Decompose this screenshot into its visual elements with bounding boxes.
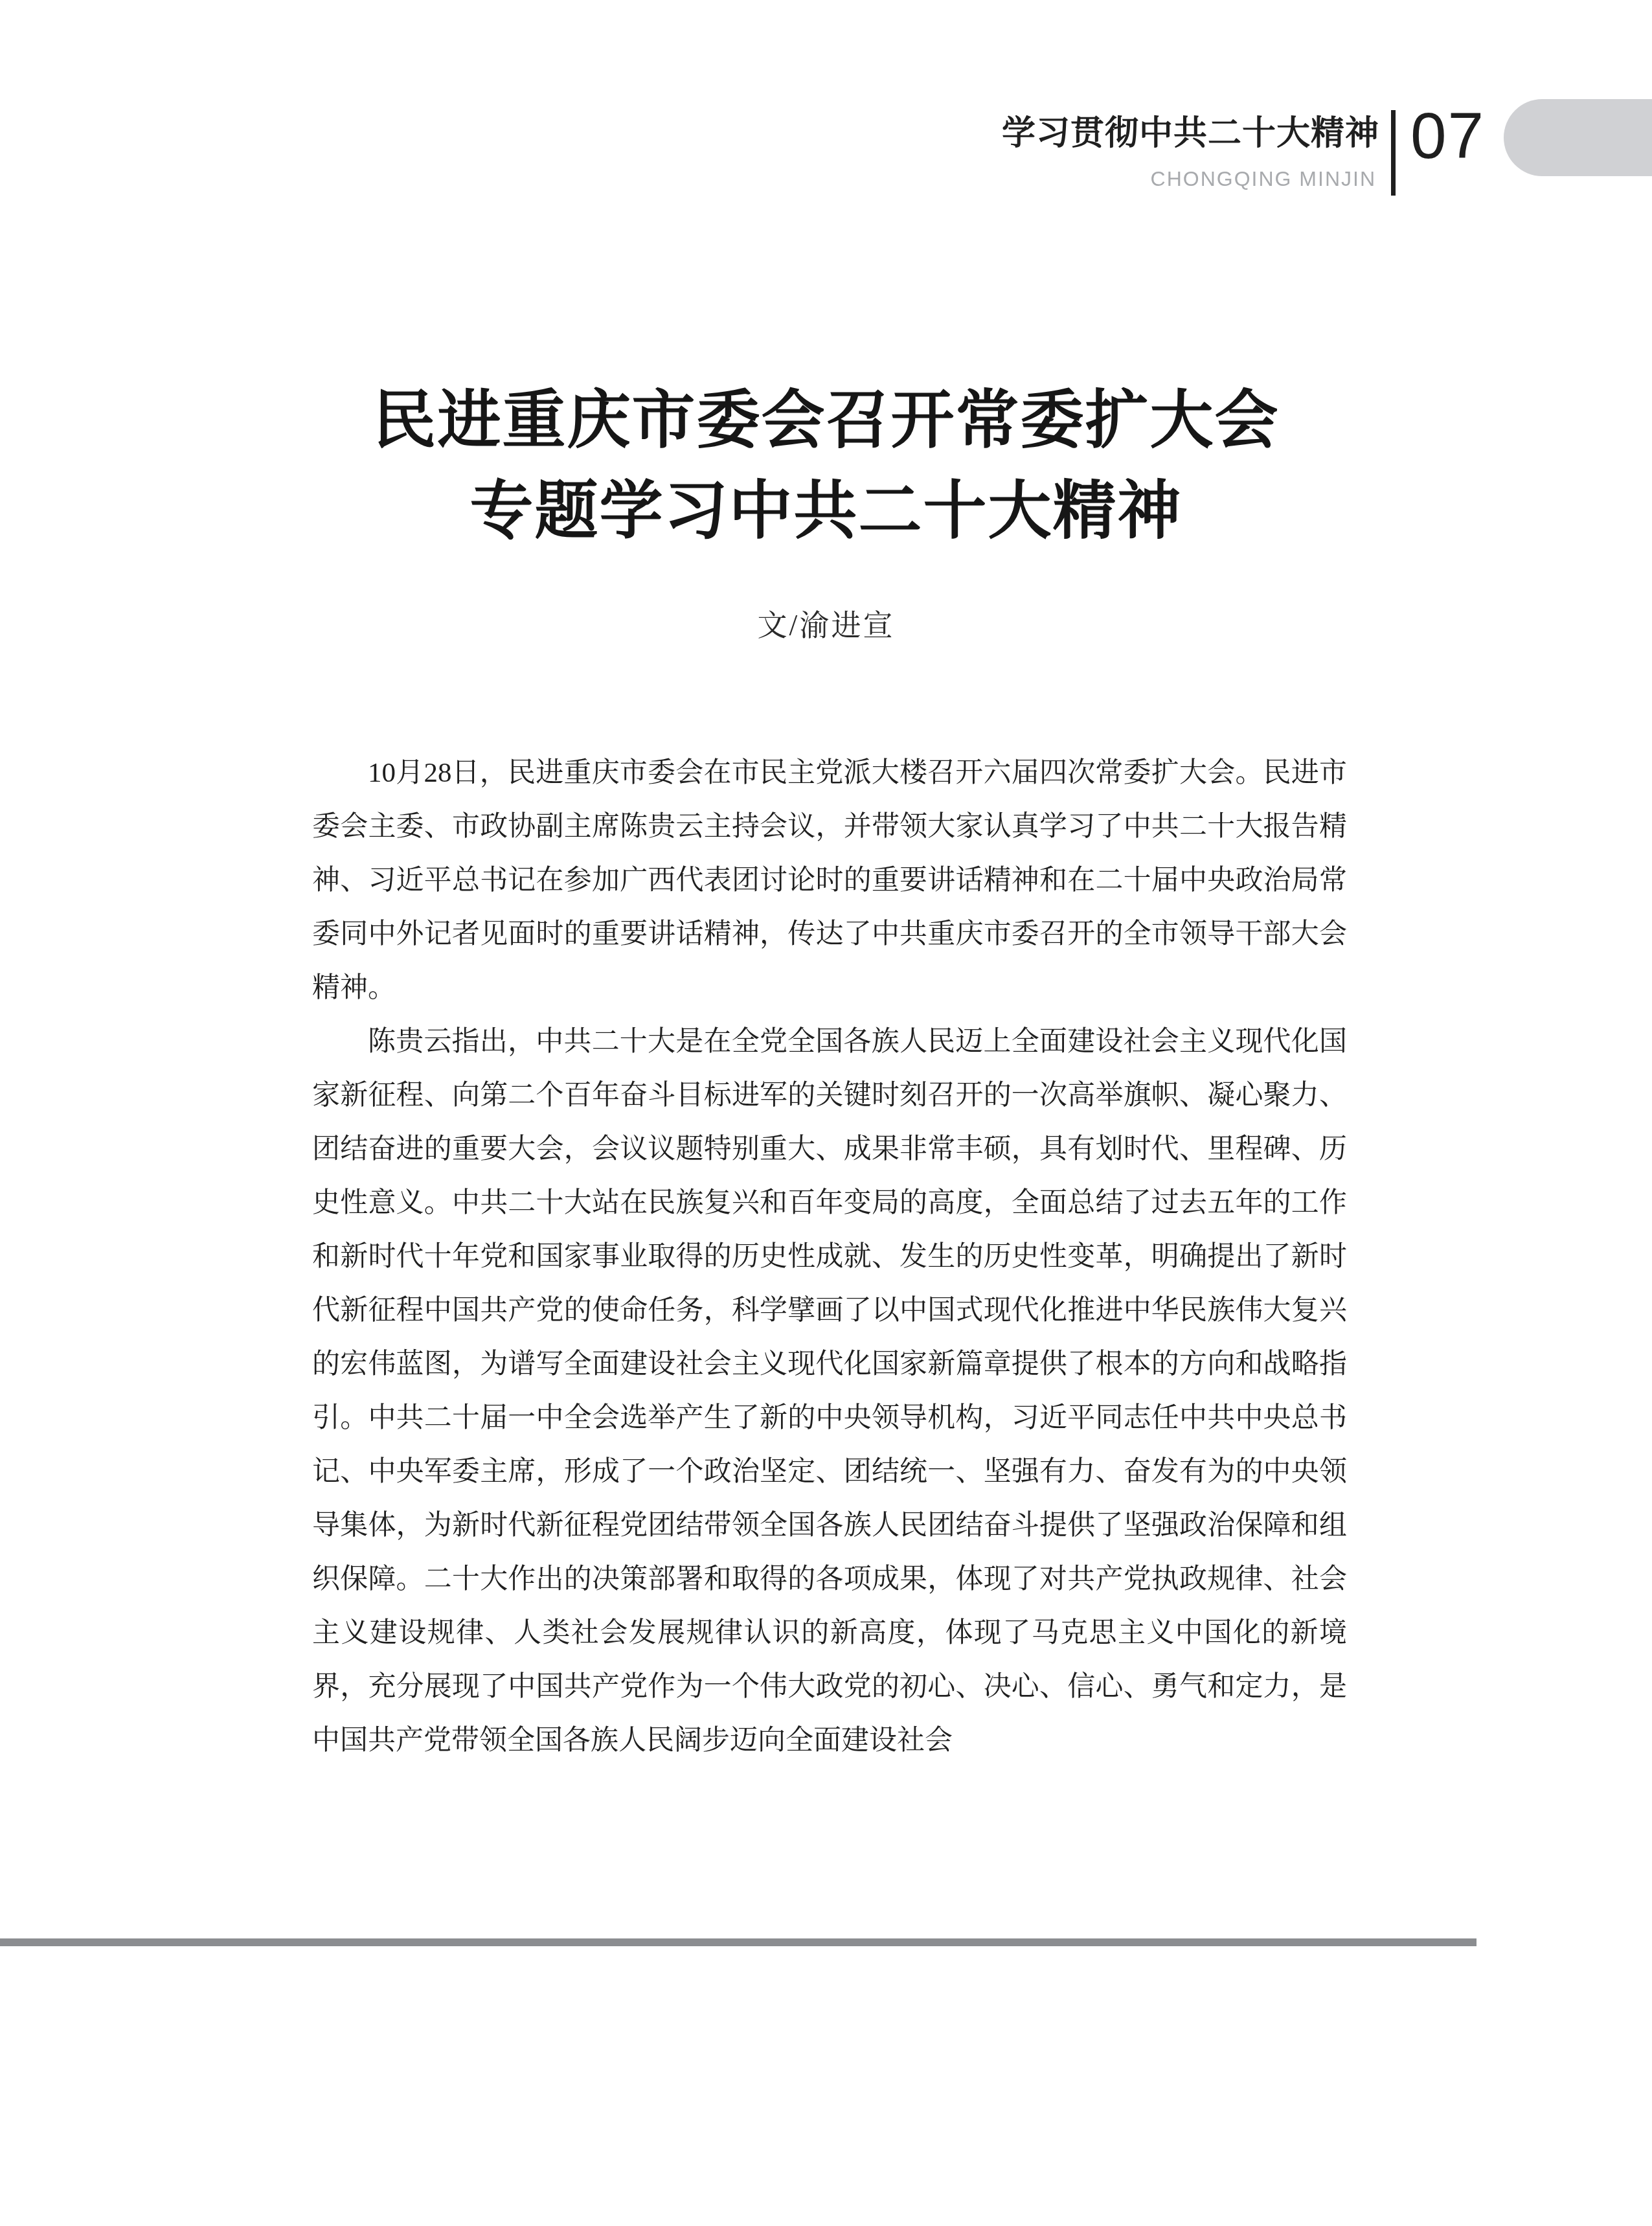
byline: 文/渝进宣 <box>0 606 1652 645</box>
article-body: 10月28日，民进重庆市委会在市民主党派大楼召开六届四次常委扩大会。民进市委会主… <box>312 746 1347 1767</box>
footer-rule <box>0 1938 1477 1946</box>
paragraph-2: 陈贵云指出，中共二十大是在全党全国各族人民迈上全面建设社会主义现代化国家新征程、… <box>312 1015 1347 1767</box>
article-title-line1: 民进重庆市委会召开常委扩大会 <box>372 384 1279 455</box>
paragraph-1: 10月28日，民进重庆市委会在市民主党派大楼召开六届四次常委扩大会。民进市委会主… <box>312 746 1347 1015</box>
article-title: 民进重庆市委会召开常委扩大会 专题学习中共二十大精神 <box>0 374 1652 556</box>
header-divider <box>1391 110 1396 196</box>
corner-tab-shape <box>1504 99 1652 176</box>
page-number: 07 <box>1410 104 1485 168</box>
section-title: 学习贯彻中共二十大精神 <box>1002 108 1379 159</box>
article-title-line2: 专题学习中共二十大精神 <box>470 475 1182 546</box>
publication-name: CHONGQING MINJIN <box>1151 166 1376 192</box>
magazine-page: 学习贯彻中共二十大精神 CHONGQING MINJIN 07 民进重庆市委会召… <box>0 0 1652 2226</box>
